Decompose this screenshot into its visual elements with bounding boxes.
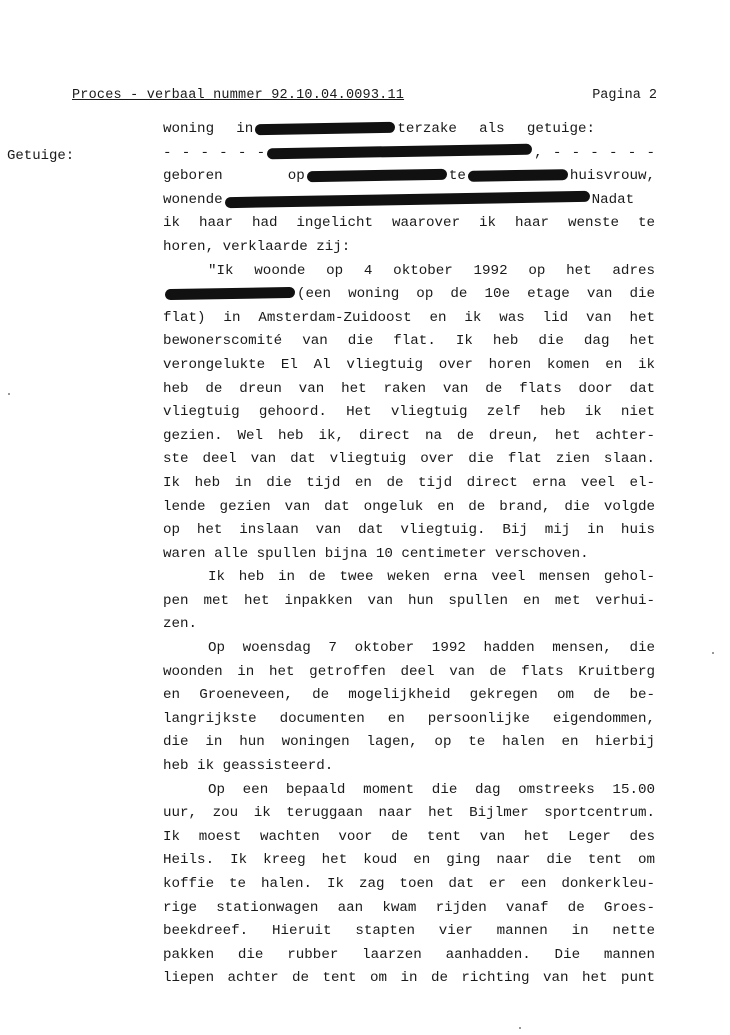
- statement-line: flat) in Amsterdam-Zuidoost en ik was li…: [163, 307, 655, 331]
- statement-line: liepen achter de tent om in de richting …: [163, 967, 655, 991]
- statement-line: "Ik woonde op 4 oktober 1992 op het adre…: [163, 260, 655, 284]
- intro-line: woning interzake als getuige:: [163, 118, 655, 142]
- redaction-mark: [225, 190, 590, 207]
- scan-speck: [712, 652, 714, 654]
- redaction-mark: [468, 169, 568, 182]
- statement-line: bewonerscomité van die flat. Ik heb die …: [163, 330, 655, 354]
- statement-line: die in hun woningen lagen, op te halen e…: [163, 731, 655, 755]
- document-header: Proces - verbaal nummer 92.10.04.0093.11…: [72, 88, 657, 108]
- statement-line: lende gezien van dat ongeluk en de brand…: [163, 496, 655, 520]
- intro-line: geboren optehuisvrouw,: [163, 165, 655, 189]
- redaction-mark: [307, 169, 447, 182]
- statement-line: ste deel van dat vliegtuig over die flat…: [163, 448, 655, 472]
- statement-line: Ik moest wachten voor de tent van het Le…: [163, 826, 655, 850]
- statement-line: vliegtuig gehoord. Het vliegtuig zelf he…: [163, 401, 655, 425]
- scan-speck: [519, 1027, 521, 1029]
- statement-body: woning interzake als getuige: - - - - - …: [163, 118, 655, 991]
- statement-line: zen.: [163, 613, 655, 637]
- statement-line: koffie te halen. Ik zag toen dat er een …: [163, 873, 655, 897]
- statement-line: pen met het inpakken van hun spullen en …: [163, 590, 655, 614]
- statement-line: gezien. Wel heb ik, direct na de dreun, …: [163, 425, 655, 449]
- intro-line: wonendeNadat: [163, 189, 655, 213]
- statement-line: beekdreef. Hieruit stapten vier mannen i…: [163, 920, 655, 944]
- redaction-mark: [267, 144, 532, 160]
- statement-line: Heils. Ik kreeg het koud en ging naar di…: [163, 849, 655, 873]
- witness-label: Getuige:: [7, 148, 74, 164]
- statement-line: Ik heb in die tijd en de tijd direct ern…: [163, 472, 655, 496]
- statement-line: op het inslaan van dat vliegtuig. Bij mi…: [163, 519, 655, 543]
- statement-line: verongelukte El Al vliegtuig over horen …: [163, 354, 655, 378]
- statement-line: en Groeneveen, de mogelijkheid gekregen …: [163, 684, 655, 708]
- report-number-title: Proces - verbaal nummer 92.10.04.0093.11: [72, 88, 404, 103]
- statement-line: Ik heb in de twee weken erna veel mensen…: [163, 566, 655, 590]
- page-number: Pagina 2: [592, 88, 657, 103]
- statement-line: Op woensdag 7 oktober 1992 hadden mensen…: [163, 637, 655, 661]
- statement-line: heb ik geassisteerd.: [163, 755, 655, 779]
- statement-line: pakken die rubber laarzen aanhadden. Die…: [163, 944, 655, 968]
- intro-line: - - - - - -, - - - - - -: [163, 142, 655, 166]
- statement-line: uur, zou ik teruggaan naar het Bijlmer s…: [163, 802, 655, 826]
- intro-line: horen, verklaarde zij:: [163, 236, 655, 260]
- statement-line: langrijkste documenten en persoonlijke e…: [163, 708, 655, 732]
- statement-line: heb de dreun van het raken van de flats …: [163, 378, 655, 402]
- statement-line: Op een bepaald moment die dag omstreeks …: [163, 779, 655, 803]
- intro-line: ik haar had ingelicht waarover ik haar w…: [163, 212, 655, 236]
- redaction-mark: [165, 287, 295, 300]
- scan-speck: [8, 393, 10, 395]
- statement-line: waren alle spullen bijna 10 centimeter v…: [163, 543, 655, 567]
- statement-line: (een woning op de 10e etage van die: [163, 283, 655, 307]
- redaction-mark: [255, 122, 395, 135]
- statement-line: woonden in het getroffen deel van de fla…: [163, 661, 655, 685]
- statement-line: rige stationwagen aan kwam rijden vanaf …: [163, 897, 655, 921]
